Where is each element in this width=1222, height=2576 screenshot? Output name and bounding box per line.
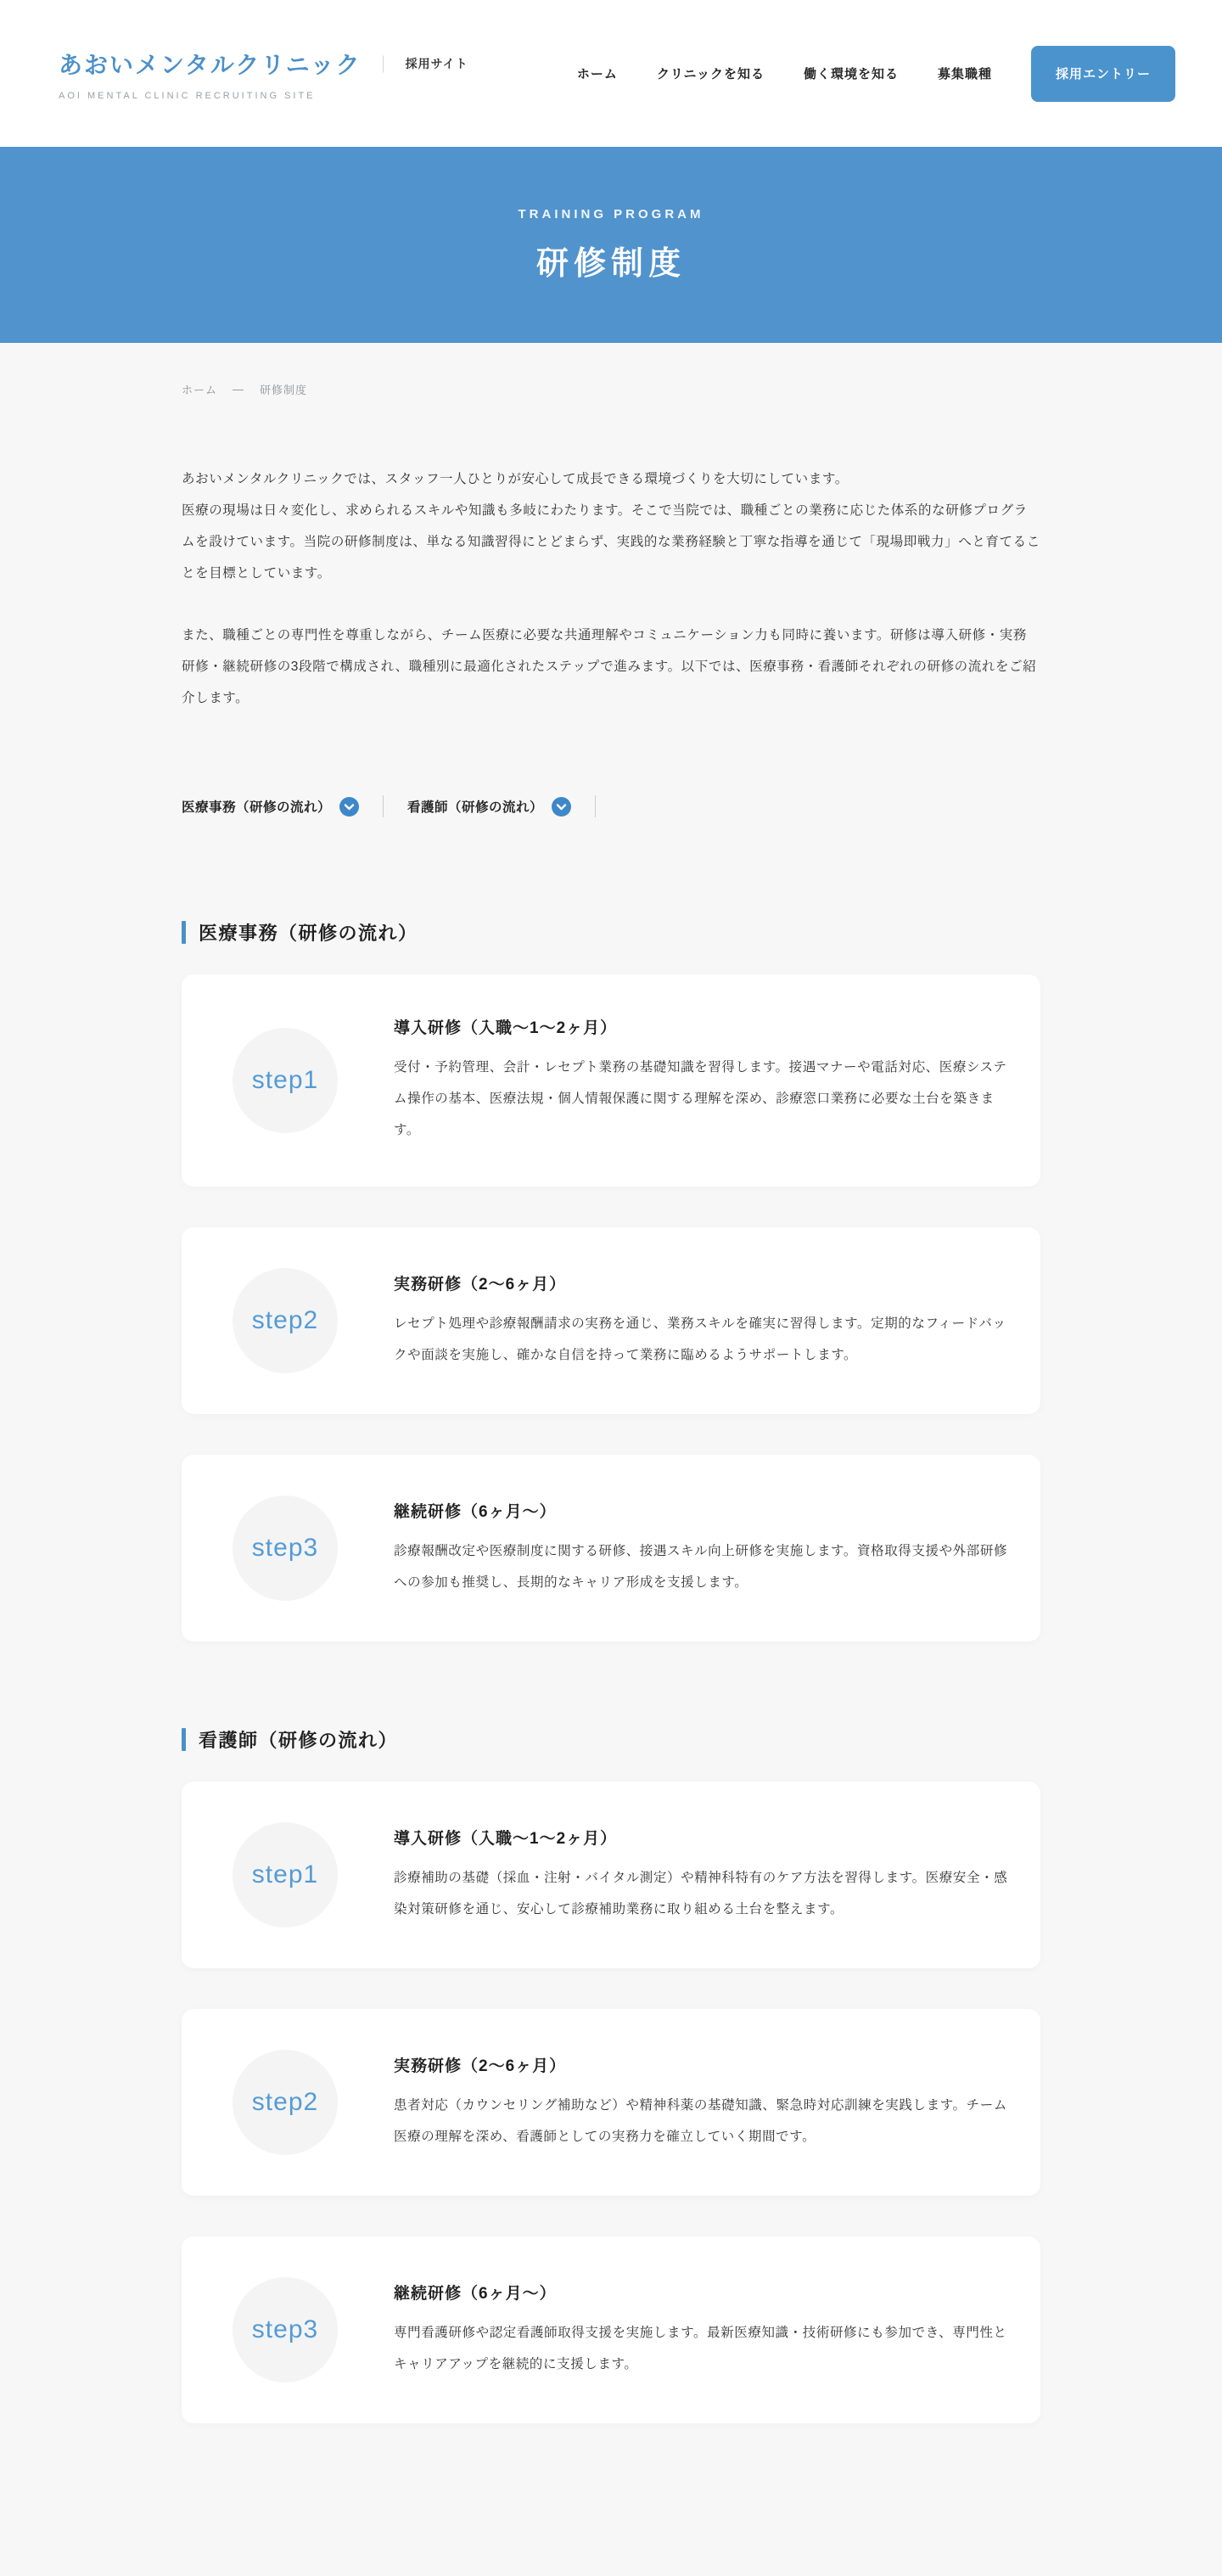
step-number: step2 — [252, 1306, 318, 1335]
site-header: あおいメンタルクリニック ｜ 採用サイト AOI MENTAL CLINIC R… — [0, 0, 1222, 147]
step-card: step3 継続研修（6ヶ月〜） 専門看護研修や認定看護師取得支援を実施します。… — [182, 2236, 1040, 2423]
step-number: step1 — [252, 1066, 318, 1095]
step-badge: step2 — [233, 2050, 338, 2155]
anchor-link-nurse[interactable]: 看護師（研修の流れ） — [407, 797, 571, 817]
intro-paragraph-1: あおいメンタルクリニックでは、スタッフ一人ひとりが安心して成長できる環境づくりを… — [182, 463, 1040, 589]
intro-paragraph-1-line-1: あおいメンタルクリニックでは、スタッフ一人ひとりが安心して成長できる環境づくりを… — [182, 463, 1040, 495]
breadcrumb-home-link[interactable]: ホーム — [182, 381, 217, 397]
step-number: step3 — [252, 2315, 318, 2344]
main-content: ホーム — 研修制度 あおいメンタルクリニックでは、スタッフ一人ひとりが安心して… — [182, 343, 1040, 2423]
page-title: 研修制度 — [536, 237, 686, 283]
section-medical-office-training: 医療事務（研修の流れ） step1 導入研修（入職〜1〜2ヶ月） 受付・予約管理… — [182, 919, 1040, 1642]
logo-title[interactable]: あおいメンタルクリニック — [59, 47, 362, 81]
chevron-down-icon — [552, 797, 571, 817]
anchor-links: 医療事務（研修の流れ） 看護師（研修の流れ） — [182, 795, 1040, 817]
step-description: 診療補助の基礎（採血・注射・バイタル測定）や精神科特有のケア方法を習得します。医… — [394, 1862, 1008, 1925]
section-heading: 医療事務（研修の流れ） — [182, 919, 1040, 946]
step-number: step3 — [252, 1534, 318, 1563]
step-card-content: 継続研修（6ヶ月〜） 診療報酬改定や医療制度に関する研修、接遇スキル向上研修を実… — [394, 1499, 1008, 1598]
entry-button[interactable]: 採用エントリー — [1031, 46, 1175, 102]
anchor-link-nurse-label: 看護師（研修の流れ） — [407, 797, 543, 816]
step-card-content: 実務研修（2〜6ヶ月） レセプト処理や診療報酬請求の実務を通じ、業務スキルを確実… — [394, 1271, 1008, 1371]
section-title: 医療事務（研修の流れ） — [199, 919, 418, 946]
breadcrumb-current: 研修制度 — [260, 381, 307, 397]
step-card-content: 実務研修（2〜6ヶ月） 患者対応（カウンセリング補助など）や精神科薬の基礎知識、… — [394, 2053, 1008, 2152]
nav-item-about-clinic[interactable]: クリニックを知る — [657, 65, 765, 82]
anchor-link-medical-office[interactable]: 医療事務（研修の流れ） — [182, 797, 359, 817]
intro-text: あおいメンタルクリニックでは、スタッフ一人ひとりが安心して成長できる環境づくりを… — [182, 463, 1040, 714]
step-description: 診療報酬改定や医療制度に関する研修、接遇スキル向上研修を実施します。資格取得支援… — [394, 1535, 1008, 1598]
step-number: step2 — [252, 2088, 318, 2117]
logo[interactable]: あおいメンタルクリニック ｜ 採用サイト AOI MENTAL CLINIC R… — [59, 47, 468, 101]
logo-subtitle: AOI MENTAL CLINIC RECRUITING SITE — [59, 91, 468, 101]
step-description: 患者対応（カウンセリング補助など）や精神科薬の基礎知識、緊急時対応訓練を実践しま… — [394, 2090, 1008, 2152]
intro-paragraph-2: また、職種ごとの専門性を尊重しながら、チーム医療に必要な共通理解やコミュニケーシ… — [182, 620, 1040, 714]
nav-item-open-positions[interactable]: 募集職種 — [938, 65, 992, 82]
step-badge: step3 — [233, 1496, 338, 1601]
step-card: step2 実務研修（2〜6ヶ月） レセプト処理や診療報酬請求の実務を通じ、業務… — [182, 1227, 1040, 1414]
heading-accent-bar — [182, 921, 186, 944]
breadcrumb: ホーム — 研修制度 — [182, 343, 1040, 397]
step-title: 実務研修（2〜6ヶ月） — [394, 1271, 1008, 1294]
step-card-list: step1 導入研修（入職〜1〜2ヶ月） 受付・予約管理、会計・レセプト業務の基… — [182, 974, 1040, 1642]
logo-badge: 採用サイト — [406, 55, 468, 72]
step-badge: step2 — [233, 1268, 338, 1373]
step-card-content: 継続研修（6ヶ月〜） 専門看護研修や認定看護師取得支援を実施します。最新医療知識… — [394, 2281, 1008, 2380]
step-badge: step1 — [233, 1028, 338, 1133]
anchor-divider — [383, 795, 384, 817]
hero-eyebrow: TRAINING PROGRAM — [519, 207, 704, 222]
breadcrumb-separator: — — [233, 383, 244, 396]
step-card-content: 導入研修（入職〜1〜2ヶ月） 受付・予約管理、会計・レセプト業務の基礎知識を習得… — [394, 1015, 1008, 1146]
intro-paragraph-1-line-2: 医療の現場は日々変化し、求められるスキルや知識も多岐にわたります。そこで当院では… — [182, 495, 1040, 589]
step-description: 専門看護研修や認定看護師取得支援を実施します。最新医療知識・技術研修にも参加でき… — [394, 2317, 1008, 2380]
nav-item-home[interactable]: ホーム — [577, 65, 618, 82]
heading-accent-bar — [182, 1728, 186, 1751]
anchor-link-medical-office-label: 医療事務（研修の流れ） — [182, 797, 331, 816]
section-title: 看護師（研修の流れ） — [199, 1726, 398, 1753]
step-card: step3 継続研修（6ヶ月〜） 診療報酬改定や医療制度に関する研修、接遇スキル… — [182, 1455, 1040, 1642]
step-description: 受付・予約管理、会計・レセプト業務の基礎知識を習得します。接遇マナーや電話対応、… — [394, 1052, 1008, 1146]
step-card: step1 導入研修（入職〜1〜2ヶ月） 診療補助の基礎（採血・注射・バイタル測… — [182, 1782, 1040, 1968]
step-title: 導入研修（入職〜1〜2ヶ月） — [394, 1015, 1008, 1038]
step-card-content: 導入研修（入職〜1〜2ヶ月） 診療補助の基礎（採血・注射・バイタル測定）や精神科… — [394, 1826, 1008, 1925]
step-title: 実務研修（2〜6ヶ月） — [394, 2053, 1008, 2076]
step-card: step1 導入研修（入職〜1〜2ヶ月） 受付・予約管理、会計・レセプト業務の基… — [182, 974, 1040, 1187]
step-card: step2 実務研修（2〜6ヶ月） 患者対応（カウンセリング補助など）や精神科薬… — [182, 2009, 1040, 2196]
step-badge: step1 — [233, 1822, 338, 1928]
section-nurse-training: 看護師（研修の流れ） step1 導入研修（入職〜1〜2ヶ月） 診療補助の基礎（… — [182, 1726, 1040, 2423]
step-title: 継続研修（6ヶ月〜） — [394, 1499, 1008, 1522]
step-card-list: step1 導入研修（入職〜1〜2ヶ月） 診療補助の基礎（採血・注射・バイタル測… — [182, 1782, 1040, 2423]
step-title: 導入研修（入職〜1〜2ヶ月） — [394, 1826, 1008, 1849]
logo-divider: ｜ — [375, 51, 392, 76]
section-heading: 看護師（研修の流れ） — [182, 1726, 1040, 1753]
step-description: レセプト処理や診療報酬請求の実務を通じ、業務スキルを確実に習得します。定期的なフ… — [394, 1308, 1008, 1371]
nav-item-work-environment[interactable]: 働く環境を知る — [804, 65, 899, 82]
anchor-divider — [595, 795, 596, 817]
chevron-down-icon — [339, 797, 359, 817]
step-title: 継続研修（6ヶ月〜） — [394, 2281, 1008, 2304]
hero-banner: TRAINING PROGRAM 研修制度 — [0, 147, 1222, 343]
step-badge: step3 — [233, 2277, 338, 2382]
main-nav: ホーム クリニックを知る 働く環境を知る 募集職種 採用エントリー — [577, 46, 1175, 102]
step-number: step1 — [252, 1860, 318, 1889]
